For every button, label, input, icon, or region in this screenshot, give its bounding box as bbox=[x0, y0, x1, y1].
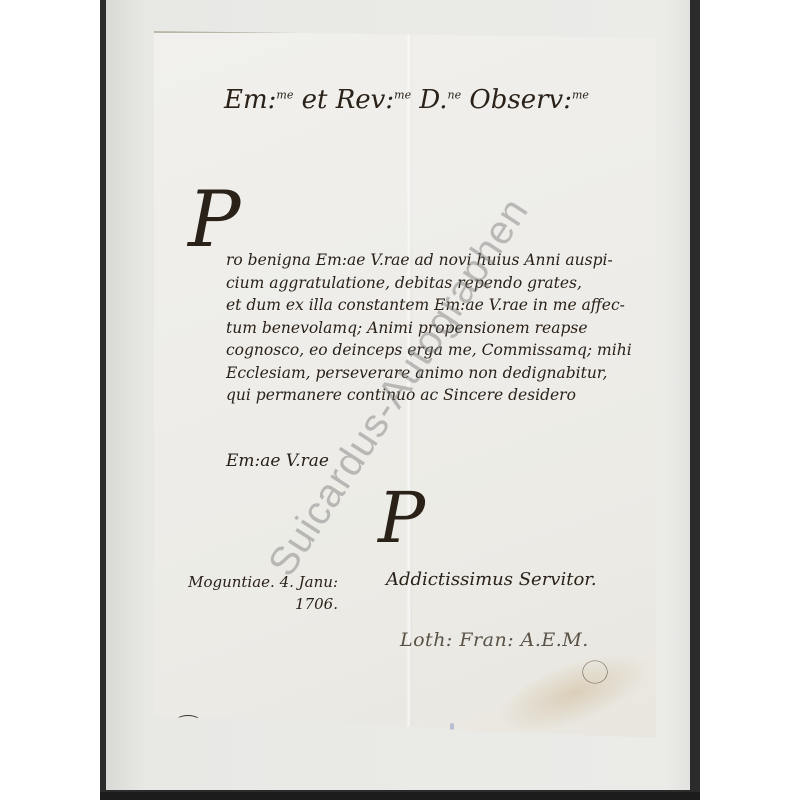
salutation-superscript: ne bbox=[448, 88, 462, 101]
body-line: Ecclesiam, perseverare animo non dedigna… bbox=[226, 362, 632, 385]
background-shadow bbox=[100, 792, 700, 800]
body-line: qui permanere continuo ac Sincere deside… bbox=[226, 384, 632, 407]
place-date-line1: Moguntiae. 4. Janu: bbox=[178, 571, 338, 593]
body-line: tum benevolamq; Animi propensionem reaps… bbox=[226, 317, 632, 340]
salutation-superscript: me bbox=[276, 88, 293, 101]
body-line: cium aggratulatione, debitas rependo gra… bbox=[226, 272, 632, 295]
body-line: ro benigna Em:ae V.rae ad novi huius Ann… bbox=[226, 249, 632, 272]
letter-body: ro benigna Em:ae V.rae ad novi huius Ann… bbox=[226, 249, 632, 407]
corner-flourish-icon bbox=[174, 715, 202, 731]
pencil-mark bbox=[450, 723, 454, 735]
salutation: Em:me et Rev:me D.ne Observ:me bbox=[224, 85, 589, 115]
signature: Loth: Fran: A.E.M. bbox=[400, 629, 589, 651]
salutation-superscript: me bbox=[572, 88, 589, 101]
closing-capital: P bbox=[378, 483, 425, 553]
body-line: et dum ex illa constantem Em:ae V.rae in… bbox=[226, 294, 632, 317]
signature-flourish-icon bbox=[582, 660, 607, 683]
salutation-part: Em: bbox=[224, 85, 276, 115]
salutation-part: D. bbox=[411, 85, 447, 115]
servitor-line: Addictissimus Servitor. bbox=[386, 569, 597, 590]
letter-photograph: Em:me et Rev:me D.ne Observ:me P ro beni… bbox=[100, 0, 700, 800]
salutation-part: et Rev: bbox=[293, 85, 394, 115]
place-date-line2: 1706. bbox=[178, 593, 338, 615]
initial-capital: P bbox=[188, 181, 240, 259]
paper-stain bbox=[489, 637, 660, 748]
mount-board: Em:me et Rev:me D.ne Observ:me P ro beni… bbox=[106, 0, 690, 790]
body-line: cognosco, eo deinceps erga me, Commissam… bbox=[226, 339, 632, 362]
salutation-superscript: me bbox=[394, 88, 411, 101]
letter-sheet: Em:me et Rev:me D.ne Observ:me P ro beni… bbox=[154, 31, 656, 738]
closing-address: Em:ae V.rae bbox=[226, 451, 329, 471]
salutation-part: Observ: bbox=[461, 85, 572, 115]
place-date: Moguntiae. 4. Janu: 1706. bbox=[178, 571, 338, 615]
